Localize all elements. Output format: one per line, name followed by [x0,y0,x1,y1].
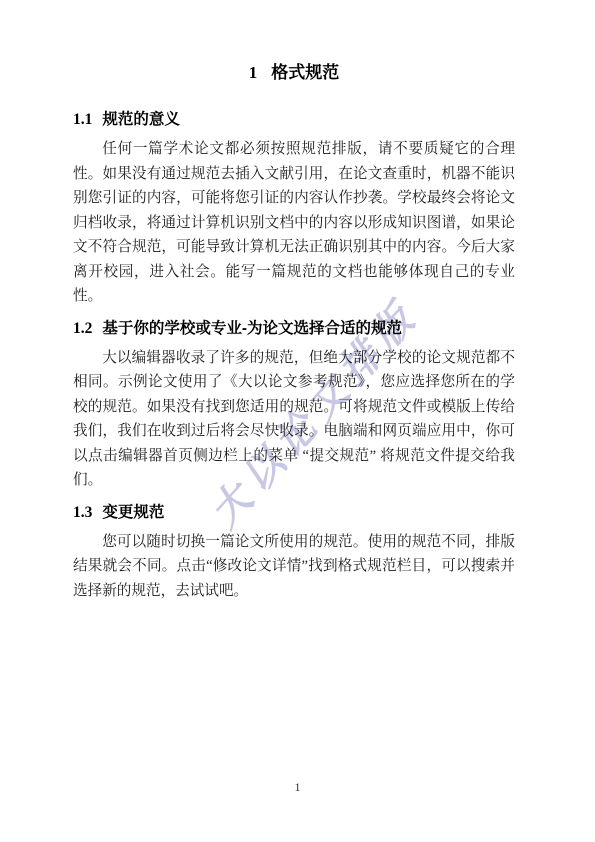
document-page: 大以论文排版 1格式规范 1.1规范的意义 任何一篇学术论文都必须按照规范排版，… [0,0,595,842]
section-number: 1.2 [73,320,92,337]
section-1-2: 1.2基于你的学校或专业-为论文选择合适的规范 大以编辑器收录了许多的规范，但绝… [73,319,515,493]
section-heading-text: 变更规范 [102,504,164,521]
section-number: 1.3 [73,504,92,521]
section-heading: 1.1规范的意义 [73,110,515,129]
section-heading: 1.2基于你的学校或专业-为论文选择合适的规范 [73,319,515,338]
section-heading: 1.3变更规范 [73,503,515,522]
chapter-title: 1格式规范 [73,62,515,84]
section-heading-text: 规范的意义 [102,111,180,128]
section-1-3: 1.3变更规范 您可以随时切换一篇论文所使用的规范。使用的规范不同，排版结果就会… [73,503,515,604]
page-content: 1格式规范 1.1规范的意义 任何一篇学术论文都必须按照规范排版，请不要质疑它的… [0,0,595,603]
body-paragraph: 大以编辑器收录了许多的规范，但绝大部分学校的论文规范都不相同。示例论文使用了《大… [73,346,515,493]
chapter-number: 1 [249,63,258,82]
section-number: 1.1 [73,111,92,128]
section-1-1: 1.1规范的意义 任何一篇学术论文都必须按照规范排版，请不要质疑它的合理性。如果… [73,110,515,309]
body-paragraph: 任何一篇学术论文都必须按照规范排版，请不要质疑它的合理性。如果没有通过规范去插入… [73,137,515,309]
body-paragraph: 您可以随时切换一篇论文所使用的规范。使用的规范不同，排版结果就会不同。点击“修改… [73,530,515,604]
page-number: 1 [0,780,595,795]
chapter-title-text: 格式规范 [271,63,339,82]
section-heading-text: 基于你的学校或专业-为论文选择合适的规范 [102,320,402,337]
